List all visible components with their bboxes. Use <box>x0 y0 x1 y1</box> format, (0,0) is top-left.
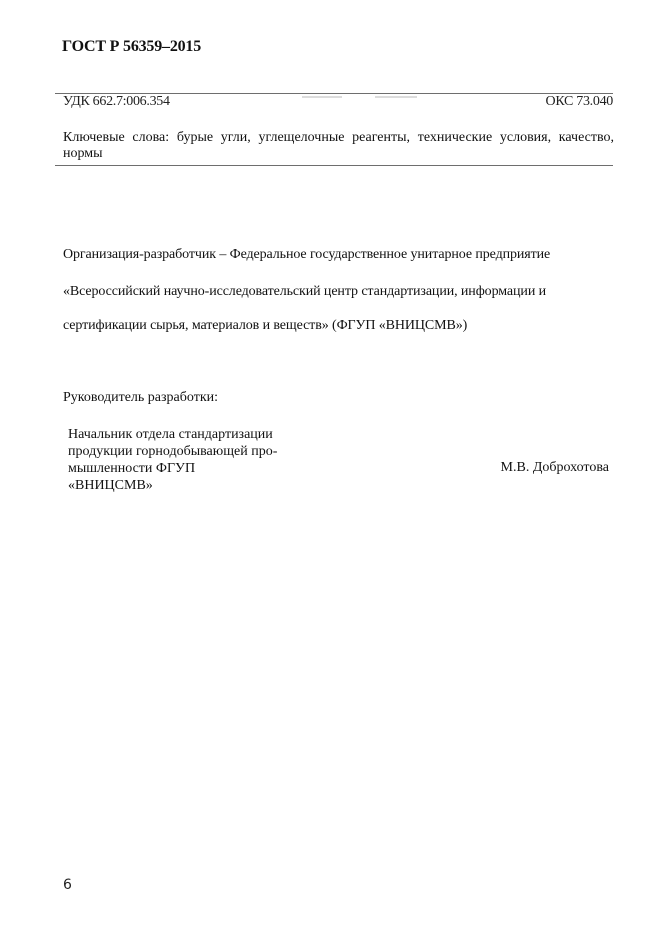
developer-line-1: Организация-разработчик – Федеральное го… <box>63 247 550 263</box>
oks-code: ОКС 73.040 <box>546 94 613 110</box>
lead-position-line: «ВНИЦСМВ» <box>68 477 318 494</box>
lead-position-line: продукции горнодобывающей про- <box>68 443 318 460</box>
udk-code: УДК 662.7:006.354 <box>63 94 170 110</box>
scan-artifact <box>375 96 417 98</box>
page-number: 6 <box>63 877 72 893</box>
developer-line-2: «Всероссийский научно-исследовательский … <box>63 284 546 300</box>
lead-position-line: мышленности ФГУП <box>68 460 318 477</box>
keywords-text: Ключевые слова: бурые угли, углещелочные… <box>63 130 614 162</box>
lead-label: Руководитель разработки: <box>63 390 218 406</box>
document-code: ГОСТ Р 56359–2015 <box>62 38 201 56</box>
developer-line-3: сертификации сырья, материалов и веществ… <box>63 318 467 334</box>
divider-bottom <box>55 165 613 166</box>
lead-position: Начальник отдела стандартизации продукци… <box>68 426 318 494</box>
lead-position-line: Начальник отдела стандартизации <box>68 426 318 443</box>
scan-artifact <box>302 96 342 98</box>
lead-name: М.В. Доброхотова <box>501 460 609 476</box>
